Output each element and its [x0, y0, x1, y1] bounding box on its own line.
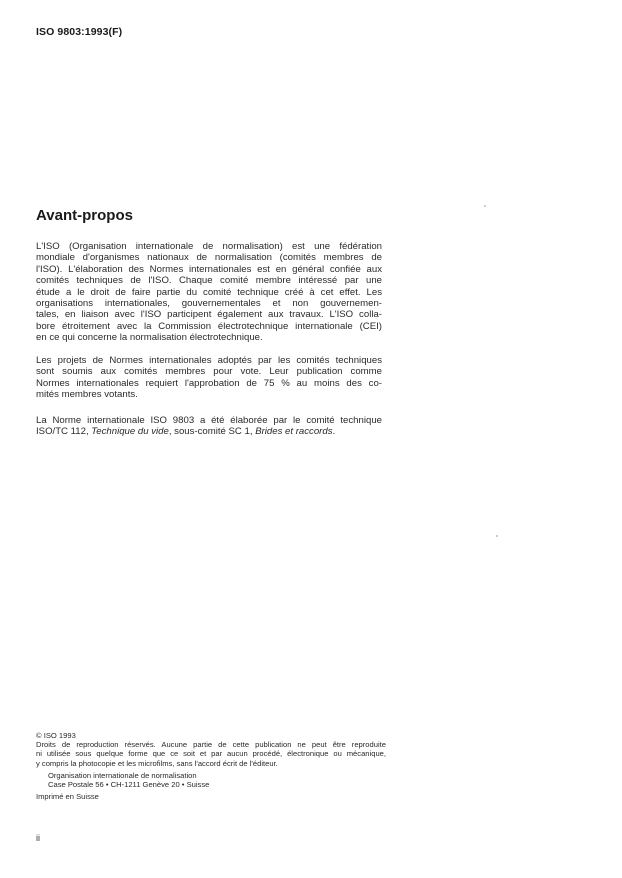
text-line: Normes internationales requiert l'approb…	[36, 378, 382, 389]
text-line: sont soumis aux comités membres pour vot…	[36, 366, 382, 377]
text-run: ISO/TC 112,	[36, 426, 91, 437]
text-line: ni utilisée sous quelque forme que ce so…	[36, 749, 386, 758]
text-run: , sous-comité SC 1,	[169, 426, 255, 437]
paragraph-committee: La Norme internationale ISO 9803 a été é…	[36, 415, 382, 438]
text-run: .	[333, 426, 336, 437]
text-line: Droits de reproduction réservés. Aucune …	[36, 740, 386, 749]
section-title: Avant-propos	[36, 207, 133, 224]
text-line: comités techniques de l'ISO. Chaque comi…	[36, 275, 382, 286]
printed-in: Imprimé en Suisse	[36, 792, 386, 801]
text-line: bore étroitement avec la Commission élec…	[36, 321, 382, 332]
copyright-text: © ISO 1993	[36, 731, 386, 740]
text-line: étude a le droit de faire partie du comi…	[36, 287, 382, 298]
text-line: Case Postale 56 • CH-1211 Genève 20 • Su…	[48, 780, 386, 789]
text-line: l'ISO). L'élaboration des Normes interna…	[36, 264, 382, 275]
text-line: ISO/TC 112, Technique du vide, sous-comi…	[36, 426, 382, 437]
copyright-footer: © ISO 1993 Droits de reproduction réserv…	[36, 731, 386, 801]
text-line: en ce qui concerne la normalisation élec…	[36, 332, 382, 343]
publisher-address: Organisation internationale de normalisa…	[36, 771, 386, 789]
copyright-line: © ISO 1993	[36, 731, 386, 740]
committee-name: Technique du vide	[91, 426, 169, 437]
text-line: L'ISO (Organisation internationale de no…	[36, 241, 382, 252]
text-line: Organisation internationale de normalisa…	[48, 771, 386, 780]
paragraph-iso-intro: L'ISO (Organisation internationale de no…	[36, 241, 382, 344]
page-number: ii	[36, 833, 40, 843]
rights-notice: Droits de reproduction réservés. Aucune …	[36, 740, 386, 768]
subcommittee-name: Brides et raccords	[255, 426, 332, 437]
text-line: mités membres votants.	[36, 389, 382, 400]
document-code: ISO 9803:1993(F)	[36, 26, 122, 38]
paragraph-voting: Les projets de Normes internationales ad…	[36, 355, 382, 401]
scan-artifact	[484, 205, 486, 207]
text-line: Les projets de Normes internationales ad…	[36, 355, 382, 366]
text-line: organisations internationales, gouvernem…	[36, 298, 382, 309]
text-line: tales, en liaison avec l'ISO participent…	[36, 309, 382, 320]
printed-text: Imprimé en Suisse	[36, 792, 386, 801]
text-line: La Norme internationale ISO 9803 a été é…	[36, 415, 382, 426]
text-line: y compris la photocopie et les microfilm…	[36, 759, 386, 768]
text-line: mondiale d'organismes nationaux de norma…	[36, 252, 382, 263]
scan-artifact	[496, 535, 498, 537]
